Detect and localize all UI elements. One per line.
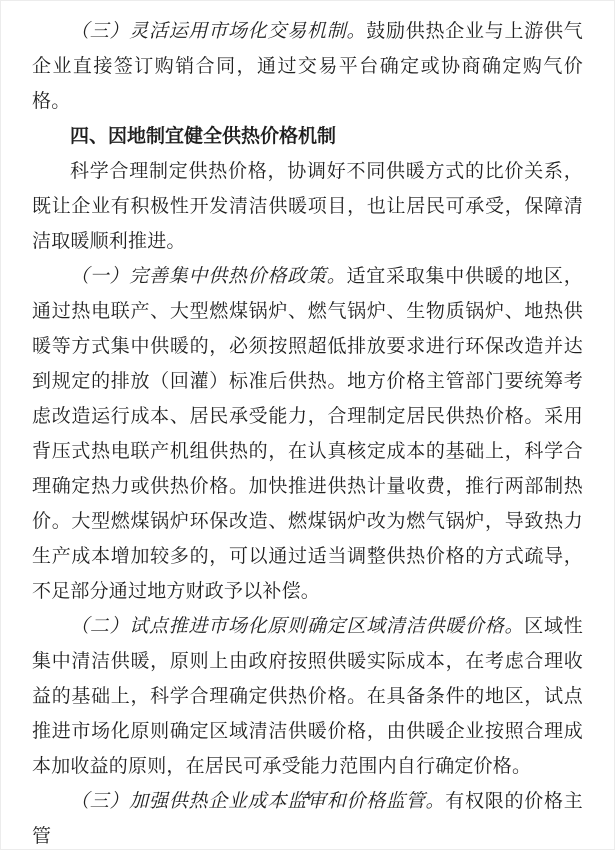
paragraph-text: 区域性集中清洁供暖，原则上由政府按照供暖实际成本，在考虑合理收益的基础上，科学合… — [32, 616, 583, 777]
paragraph-lead: （一）完善集中供热价格政策。 — [70, 266, 347, 287]
document-page: （三）灵活运用市场化交易机制。鼓励供热企业与上游供气企业直接签订购销合同，通过交… — [0, 0, 615, 850]
paragraph-lead: （二）试点推进市场化原则确定区域清洁供暖价格。 — [70, 616, 524, 637]
paragraph-text: 科学合理制定供热价格，协调好不同供暖方式的比价关系，既让企业有积极性开发清洁供暖… — [32, 161, 583, 252]
paragraph-market-trading-clause: （三）灵活运用市场化交易机制。鼓励供热企业与上游供气企业直接签订购销合同，通过交… — [32, 14, 583, 119]
paragraph-lead: （三）灵活运用市场化交易机制。 — [70, 21, 366, 42]
paragraph-section-intro: 科学合理制定供热价格，协调好不同供暖方式的比价关系，既让企业有积极性开发清洁供暖… — [32, 154, 583, 259]
paragraph-clause-2-market-pilot-price: （二）试点推进市场化原则确定区域清洁供暖价格。区域性集中清洁供暖，原则上由政府按… — [32, 609, 583, 784]
paragraph-text: 适宜采取集中供暖的地区，通过热电联产、大型燃煤锅炉、燃气锅炉、生物质锅炉、地热供… — [32, 266, 583, 602]
page-number: 4 — [1, 790, 614, 804]
section-heading: 四、因地制宜健全供热价格机制 — [32, 119, 583, 154]
paragraph-clause-1-central-heating-price: （一）完善集中供热价格政策。适宜采取集中供暖的地区，通过热电联产、大型燃煤锅炉、… — [32, 259, 583, 609]
